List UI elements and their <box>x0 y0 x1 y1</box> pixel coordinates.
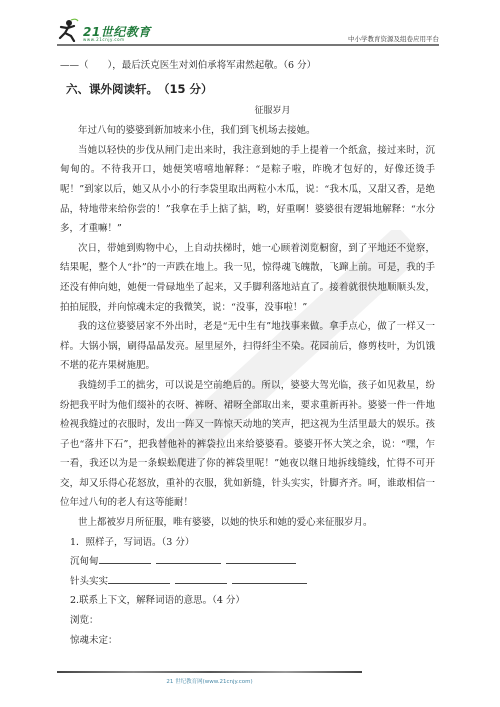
answer-row: 沉甸甸 <box>70 552 435 572</box>
previous-question-line: ——（ ），最后沃克医生对刘伯承将军肃然起敬。（6 分） <box>60 56 435 76</box>
question-2: 2.联系上下文，解释词语的意思。（4 分） 浏览： 惊魂未定： <box>60 591 435 650</box>
paragraph: 我的这位婆婆居家不外出时，老是“无中生有”地找事来做。拿手点心，做了一样又一样。… <box>60 317 435 376</box>
answer-row: 针头实实 <box>70 572 435 592</box>
paragraph: 我缝纫手工的拙劣，可以说是空前绝后的。所以，婆婆大驾光临，孩子如见救星，纷纷把我… <box>60 376 435 513</box>
answer-blank[interactable] <box>175 573 227 584</box>
section-title: 六、课外阅读轩。 （15 分） <box>66 79 435 99</box>
paragraph: 年过八旬的婆婆到新加坡来小住，我们到飞机场去接她。 <box>60 121 435 141</box>
question-label: 2.联系上下文，解释词语的意思。（4 分） <box>70 591 435 611</box>
term-prompt[interactable]: 浏览： <box>70 611 435 631</box>
article-title: 征服岁月 <box>110 102 435 122</box>
platform-name: 中小学教育资源及组卷应用平台 <box>348 34 439 43</box>
paragraph: 世上都被岁月所征服，唯有婆婆，以她的快乐和她的爱心来征服岁月。 <box>60 513 435 533</box>
footer-divider <box>57 671 362 673</box>
runner-logo-icon <box>57 18 79 42</box>
word-prompt: 针头实实 <box>70 576 108 587</box>
term-prompt[interactable]: 惊魂未定： <box>70 631 435 651</box>
footer-text: 21 世纪教育网(www.21cnjy.com) <box>57 677 362 685</box>
question-label: 1．照样子，写词语。（3 分） <box>70 533 435 553</box>
page-header: 21世纪教育 www.21cnjy.com 中小学教育资源及组卷应用平台 <box>57 18 439 46</box>
document-body: ——（ ），最后沃克医生对刘伯承将军肃然起敬。（6 分） 六、课外阅读轩。 （1… <box>60 56 435 650</box>
header-divider <box>57 44 439 46</box>
logo: 21世纪教育 www.21cnjy.com <box>57 18 151 42</box>
answer-blank[interactable] <box>108 573 170 584</box>
answer-blank[interactable] <box>232 573 307 584</box>
paragraph: 当她以轻快的步伐从闸门走出来时，我注意到她的手上提着一个纸盒，接过来时，沉甸甸的… <box>60 141 435 239</box>
answer-blank[interactable] <box>99 553 151 564</box>
word-prompt: 沉甸甸 <box>70 556 99 567</box>
answer-blank[interactable] <box>226 553 296 564</box>
answer-blank[interactable] <box>156 553 221 564</box>
question-1: 1．照样子，写词语。（3 分） 沉甸甸 针头实实 <box>60 533 435 592</box>
paragraph: 次日，带她到购物中心，上自动扶梯时，她一心顾着浏览橱窗，到了平地还不觉察，结果呢… <box>60 239 435 317</box>
